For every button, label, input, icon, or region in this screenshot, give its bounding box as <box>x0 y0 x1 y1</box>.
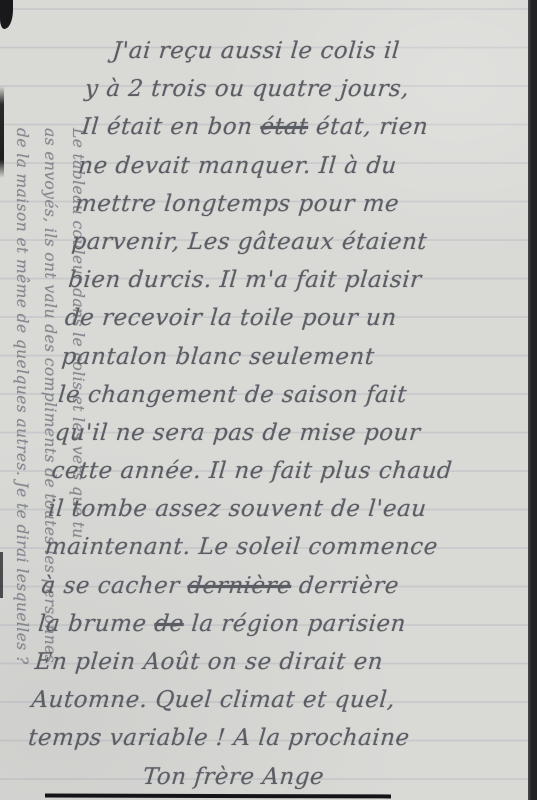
letter-body: J'ai reçu aussi le colis ily à 2 trois o… <box>23 32 537 796</box>
letter-text: mettre longtemps pour me <box>74 191 400 217</box>
letter-text: état, rien <box>307 114 429 140</box>
letter-text: la région parisien <box>183 611 407 637</box>
letter-line: y à 2 trois ou quatre jours, <box>83 70 536 108</box>
letter-line: qu'il ne sera pas de mise pour <box>53 414 506 452</box>
signature: Ton frère Ange <box>23 758 476 796</box>
letter-line: mettre longtemps pour me <box>73 185 526 223</box>
letter-line: cette année. Il ne fait plus chaud <box>50 452 503 490</box>
letter-line: ne devait manquer. Il à du <box>77 147 530 185</box>
letter-line: il tombe assez souvent de l'eau <box>47 490 500 528</box>
letter-line: En plein Août on se dirait en <box>33 643 486 681</box>
scanned-letter-page: { "document": { "kind": "handwritten let… <box>0 0 537 800</box>
letter-line: temps variable ! A la prochaine <box>27 719 480 757</box>
struck-word: dernière <box>186 573 292 599</box>
letter-text: la brume <box>37 611 155 637</box>
letter-text: En plein Août on se dirait en <box>34 649 385 675</box>
letter-line: le changement de saison fait <box>57 376 510 414</box>
letter-line: Il était en bon état état, rien <box>80 108 533 146</box>
struck-word: état <box>259 114 309 140</box>
letter-text: bien durcis. Il m'a fait plaisir <box>67 267 423 293</box>
letter-text: cette année. Il ne fait plus chaud <box>50 458 453 484</box>
letter-text: J'ai reçu aussi le colis il <box>111 38 401 64</box>
letter-text: qu'il ne sera pas de mise pour <box>54 420 422 446</box>
letter-text: parvenir, Les gâteaux étaient <box>70 229 428 255</box>
letter-text: Il était en bon <box>81 114 262 140</box>
struck-word: de <box>153 611 185 637</box>
scan-edge-left-upper <box>0 86 4 178</box>
letter-text: de recevoir la toile pour un <box>64 305 398 331</box>
letter-text: temps variable ! A la prochaine <box>27 725 411 751</box>
letter-line: maintenant. Le soleil commence <box>43 528 496 566</box>
letter-text: Automne. Quel climat et quel, <box>30 687 396 713</box>
letter-line: Automne. Quel climat et quel, <box>30 681 483 719</box>
letter-line: la brume de la région parisien <box>37 605 490 643</box>
letter-line: bien durcis. Il m'a fait plaisir <box>67 261 520 299</box>
letter-line: à se cacher dernière derrière <box>40 567 493 605</box>
letter-text: y à 2 trois ou quatre jours, <box>84 76 410 102</box>
scan-edge-right <box>528 0 537 800</box>
letter-text: ne devait manquer. Il à du <box>77 153 398 179</box>
letter-text: le changement de saison fait <box>57 382 408 408</box>
letter-text: à se cacher <box>40 573 188 599</box>
letter-text: maintenant. Le soleil commence <box>44 534 439 560</box>
letter-text: pantalon blanc seulement <box>60 344 375 370</box>
letter-line: J'ai reçu aussi le colis il <box>87 32 537 70</box>
letter-line: parvenir, Les gâteaux étaient <box>70 223 523 261</box>
letter-line: pantalon blanc seulement <box>60 338 513 376</box>
letter-text: derrière <box>290 573 400 599</box>
scan-edge-left-lower <box>0 552 3 598</box>
letter-text: il tombe assez souvent de l'eau <box>47 496 428 522</box>
letter-line: de recevoir la toile pour un <box>63 299 516 337</box>
